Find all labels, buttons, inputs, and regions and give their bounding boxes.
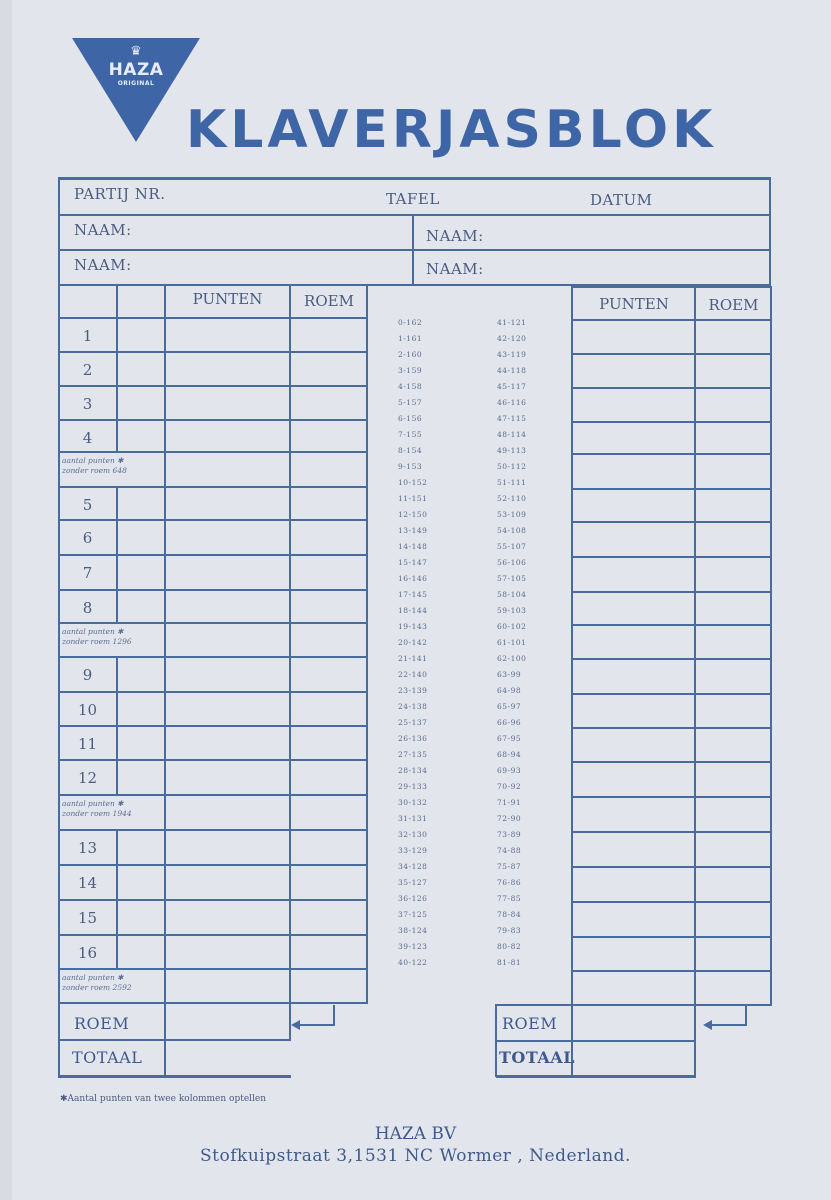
score-pair: 0-162: [398, 318, 422, 327]
left-roem-cell[interactable]: [291, 556, 366, 589]
left-punten-cell[interactable]: [166, 421, 289, 451]
score-pair: 64-98: [497, 686, 521, 695]
right-roem-cell[interactable]: [696, 355, 770, 387]
round-number: 7: [58, 564, 117, 582]
right-punten-cell[interactable]: [574, 972, 694, 1004]
right-roem-cell[interactable]: [696, 389, 770, 421]
right-punten-cell[interactable]: [574, 321, 694, 353]
score-pair: 56-106: [497, 558, 526, 567]
page-title: KLAVERJASBLOK: [186, 100, 716, 160]
right-punten-cell[interactable]: [574, 833, 694, 866]
score-pair: 24-138: [398, 702, 427, 711]
score-pair: 66-96: [497, 718, 521, 727]
score-pair: 61-101: [497, 638, 526, 647]
naam-field-2[interactable]: [495, 216, 767, 249]
left-punten-cell[interactable]: [166, 353, 289, 385]
score-pair: 34-128: [398, 862, 427, 871]
right-roem-cell[interactable]: [696, 423, 770, 453]
score-pair: 63-99: [497, 670, 521, 679]
logo-brand: HAZA: [104, 60, 168, 80]
right-punten-cell[interactable]: [574, 763, 694, 796]
right-punten-cell[interactable]: [574, 868, 694, 901]
score-pair: 77-85: [497, 894, 521, 903]
subtotal-line2: zonder roem 2592: [62, 983, 164, 993]
left-roem-cell[interactable]: [291, 488, 366, 519]
score-pair: 20-142: [398, 638, 427, 647]
left-roem-cell[interactable]: [291, 591, 366, 622]
left-punten-cell[interactable]: [166, 866, 289, 899]
round-number: 4: [58, 429, 117, 447]
round-number: 16: [58, 944, 117, 962]
score-pair: 15-147: [398, 558, 427, 567]
score-pair: 14-148: [398, 542, 427, 551]
round-number: 13: [58, 839, 117, 857]
right-roem-label: ROEM: [502, 1014, 557, 1033]
subtotal-line1: aantal punten ✱: [62, 973, 164, 983]
score-pair: 21-141: [398, 654, 427, 663]
round-number: 12: [58, 769, 117, 787]
score-pair: 29-133: [398, 782, 427, 791]
score-pair: 30-132: [398, 798, 427, 807]
left-roem-cell[interactable]: [291, 936, 366, 968]
score-pair: 73-89: [497, 830, 521, 839]
score-pair: 51-111: [497, 478, 526, 487]
score-pair: 48-114: [497, 430, 526, 439]
score-pair: 3-159: [398, 366, 422, 375]
round-number: 3: [58, 395, 117, 413]
score-pair: 45-117: [497, 382, 526, 391]
score-pair: 17-145: [398, 590, 427, 599]
score-pair: 35-127: [398, 878, 427, 887]
round-number: 9: [58, 666, 117, 684]
naam-field-4[interactable]: [495, 251, 767, 284]
score-pair: 7-155: [398, 430, 422, 439]
left-punten-cell[interactable]: [166, 556, 289, 589]
left-punten-cell[interactable]: [166, 970, 289, 1002]
score-pair: 18-144: [398, 606, 427, 615]
subtotal-label: aantal punten ✱zonder roem 1944: [62, 799, 164, 819]
round-number: 11: [58, 735, 117, 753]
right-roem-cell[interactable]: [696, 593, 770, 624]
partij-nr-label: PARTIJ NR.: [74, 185, 165, 203]
score-pair: 76-86: [497, 878, 521, 887]
left-punten-cell[interactable]: [166, 488, 289, 519]
right-roem-header: ROEM: [695, 296, 772, 314]
right-roem-cell[interactable]: [696, 321, 770, 353]
left-roem-cell[interactable]: [291, 658, 366, 691]
round-number: 8: [58, 599, 117, 617]
round-number: 10: [58, 701, 117, 719]
naam-label-4: NAAM:: [426, 260, 484, 278]
right-punten-cell[interactable]: [574, 729, 694, 761]
score-pair: 72-90: [497, 814, 521, 823]
left-punten-cell[interactable]: [166, 831, 289, 864]
score-pair: 69-93: [497, 766, 521, 775]
left-punten-cell[interactable]: [166, 761, 289, 794]
right-punten-cell[interactable]: [574, 558, 694, 591]
left-roem-cell[interactable]: [291, 624, 366, 656]
tafel-field[interactable]: [445, 180, 580, 214]
left-roem-header: ROEM: [290, 292, 368, 310]
right-roem-cell[interactable]: [696, 455, 770, 488]
partij-nr-field[interactable]: [180, 180, 380, 214]
left-punten-header: PUNTEN: [165, 290, 290, 308]
score-pair: 9-153: [398, 462, 422, 471]
right-punten-cell[interactable]: [574, 903, 694, 936]
score-pair: 41-121: [497, 318, 526, 327]
right-roem-cell[interactable]: [696, 558, 770, 591]
right-punten-cell[interactable]: [574, 423, 694, 453]
naam-field-1[interactable]: [140, 216, 410, 249]
left-roem-cell[interactable]: [291, 831, 366, 864]
score-pair: 36-126: [398, 894, 427, 903]
score-pair: 2-160: [398, 350, 422, 359]
score-pair: 71-91: [497, 798, 521, 807]
right-punten-cell[interactable]: [574, 455, 694, 488]
right-totaal-label: TOTAAL: [499, 1048, 575, 1067]
subtotal-label: aantal punten ✱zonder roem 2592: [62, 973, 164, 993]
score-pair: 32-130: [398, 830, 427, 839]
score-pair: 74-88: [497, 846, 521, 855]
right-roem-cell[interactable]: [696, 833, 770, 866]
right-roem-cell[interactable]: [696, 626, 770, 658]
score-pair: 38-124: [398, 926, 427, 935]
right-roem-cell[interactable]: [696, 729, 770, 761]
score-pair: 33-129: [398, 846, 427, 855]
score-pair: 50-112: [497, 462, 526, 471]
left-roem-cell[interactable]: [291, 761, 366, 794]
left-punten-cell[interactable]: [166, 591, 289, 622]
left-punten-cell[interactable]: [166, 387, 289, 419]
left-punten-cell[interactable]: [166, 936, 289, 968]
left-roem-cell[interactable]: [291, 693, 366, 725]
right-totaal-field[interactable]: [574, 1042, 694, 1075]
score-pair: 40-122: [398, 958, 427, 967]
left-roem-cell[interactable]: [291, 901, 366, 934]
score-pair: 25-137: [398, 718, 427, 727]
subtotal-line2: zonder roem 1944: [62, 809, 164, 819]
score-pair: 55-107: [497, 542, 526, 551]
score-pair: 78-84: [497, 910, 521, 919]
right-roem-cell[interactable]: [696, 868, 770, 901]
round-number: 2: [58, 361, 117, 379]
score-pair: 12-150: [398, 510, 427, 519]
left-roem-total-field[interactable]: [166, 1004, 289, 1039]
right-punten-cell[interactable]: [574, 626, 694, 658]
left-roem-cell[interactable]: [291, 387, 366, 419]
score-pair: 5-157: [398, 398, 422, 407]
score-pair: 59-103: [497, 606, 526, 615]
right-punten-cell[interactable]: [574, 389, 694, 421]
score-pair: 57-105: [497, 574, 526, 583]
right-punten-cell[interactable]: [574, 523, 694, 556]
round-number: 1: [58, 327, 117, 345]
score-pair: 16-146: [398, 574, 427, 583]
left-punten-cell[interactable]: [166, 624, 289, 656]
subtotal-line1: aantal punten ✱: [62, 456, 164, 466]
left-roem-cell[interactable]: [291, 453, 366, 486]
score-pair: 11-151: [398, 494, 427, 503]
left-roem-cell[interactable]: [291, 521, 366, 554]
right-roem-cell[interactable]: [696, 972, 770, 1004]
logo-subtitle: ORIGINAL: [104, 80, 168, 87]
company-name: HAZA BV: [0, 1124, 831, 1144]
naam-field-3[interactable]: [140, 251, 410, 284]
score-pair: 13-149: [398, 526, 427, 535]
subtotal-label: aantal punten ✱zonder roem 1296: [62, 627, 164, 647]
left-roem-cell[interactable]: [291, 421, 366, 451]
naam-label-1: NAAM:: [74, 221, 132, 239]
right-punten-header: PUNTEN: [573, 295, 695, 313]
round-number: 15: [58, 909, 117, 927]
right-punten-cell[interactable]: [574, 490, 694, 521]
left-punten-cell[interactable]: [166, 901, 289, 934]
left-roem-cell[interactable]: [291, 866, 366, 899]
score-pair: 43-119: [497, 350, 526, 359]
score-pair: 44-118: [497, 366, 526, 375]
score-pair: 39-123: [398, 942, 427, 951]
score-pair: 27-135: [398, 750, 427, 759]
right-punten-cell[interactable]: [574, 695, 694, 727]
score-pair: 37-125: [398, 910, 427, 919]
right-roem-cell[interactable]: [696, 903, 770, 936]
right-roem-cell[interactable]: [696, 695, 770, 727]
score-pair: 52-110: [497, 494, 526, 503]
round-number: 5: [58, 496, 117, 514]
subtotal-line1: aantal punten ✱: [62, 799, 164, 809]
score-pair: 65-97: [497, 702, 521, 711]
left-punten-cell[interactable]: [166, 658, 289, 691]
score-pair: 54-108: [497, 526, 526, 535]
score-pair: 42-120: [497, 334, 526, 343]
score-pair: 6-156: [398, 414, 422, 423]
right-roem-cell[interactable]: [696, 938, 770, 970]
right-roem-cell[interactable]: [696, 490, 770, 521]
score-pair: 49-113: [497, 446, 526, 455]
score-pair: 10-152: [398, 478, 427, 487]
score-pair: 26-136: [398, 734, 427, 743]
subtotal-label: aantal punten ✱zonder roem 648: [62, 456, 164, 476]
left-punten-cell[interactable]: [166, 319, 289, 351]
footnote: ✱Aantal punten van twee kolommen optelle…: [60, 1094, 266, 1104]
datum-label: DATUM: [590, 191, 653, 209]
left-punten-cell[interactable]: [166, 693, 289, 725]
left-punten-cell[interactable]: [166, 453, 289, 486]
naam-label-2: NAAM:: [426, 227, 484, 245]
score-pair: 47-115: [497, 414, 526, 423]
score-pair: 31-131: [398, 814, 427, 823]
right-punten-cell[interactable]: [574, 355, 694, 387]
right-punten-cell[interactable]: [574, 798, 694, 831]
score-pair: 19-143: [398, 622, 427, 631]
left-roem-cell[interactable]: [291, 727, 366, 759]
right-roem-cell[interactable]: [696, 660, 770, 693]
tafel-label: TAFEL: [386, 190, 440, 208]
left-roem-label: ROEM: [74, 1014, 129, 1033]
left-punten-cell[interactable]: [166, 727, 289, 759]
round-number: 14: [58, 874, 117, 892]
score-pair: 8-154: [398, 446, 422, 455]
score-pair: 28-134: [398, 766, 427, 775]
left-roem-cell[interactable]: [291, 796, 366, 829]
naam-label-3: NAAM:: [74, 256, 132, 274]
right-punten-cell[interactable]: [574, 938, 694, 970]
round-number: 6: [58, 529, 117, 547]
score-pair: 46-116: [497, 398, 526, 407]
score-pair: 58-104: [497, 590, 526, 599]
right-roem-cell[interactable]: [696, 798, 770, 831]
score-pair: 53-109: [497, 510, 526, 519]
right-arrow-icon: [700, 1003, 752, 1033]
score-pair: 80-82: [497, 942, 521, 951]
left-totaal-label: TOTAAL: [72, 1048, 142, 1067]
score-pair: 1-161: [398, 334, 422, 343]
left-arrow-icon: [288, 1003, 340, 1033]
datum-field[interactable]: [670, 180, 768, 214]
score-pair: 60-102: [497, 622, 526, 631]
score-pair: 70-92: [497, 782, 521, 791]
score-pair: 4-158: [398, 382, 422, 391]
right-roem-total-field[interactable]: [574, 1006, 694, 1040]
score-pair: 23-139: [398, 686, 427, 695]
crown-icon: ♛: [118, 44, 154, 59]
company-address: Stofkuipstraat 3,1531 NC Wormer , Nederl…: [0, 1146, 831, 1166]
subtotal-line2: zonder roem 1296: [62, 637, 164, 647]
score-pair: 79-83: [497, 926, 521, 935]
left-roem-cell[interactable]: [291, 353, 366, 385]
score-pair: 75-87: [497, 862, 521, 871]
left-punten-cell[interactable]: [166, 521, 289, 554]
right-punten-cell[interactable]: [574, 593, 694, 624]
score-pair: 67-95: [497, 734, 521, 743]
subtotal-line2: zonder roem 648: [62, 466, 164, 476]
right-roem-cell[interactable]: [696, 523, 770, 556]
left-totaal-field[interactable]: [166, 1041, 289, 1075]
left-roem-cell[interactable]: [291, 970, 366, 1002]
right-punten-cell[interactable]: [574, 660, 694, 693]
score-pair: 22-140: [398, 670, 427, 679]
right-roem-cell[interactable]: [696, 763, 770, 796]
score-pair: 81-81: [497, 958, 521, 967]
score-pair: 68-94: [497, 750, 521, 759]
subtotal-line1: aantal punten ✱: [62, 627, 164, 637]
left-punten-cell[interactable]: [166, 796, 289, 829]
left-roem-cell[interactable]: [291, 319, 366, 351]
score-pair: 62-100: [497, 654, 526, 663]
